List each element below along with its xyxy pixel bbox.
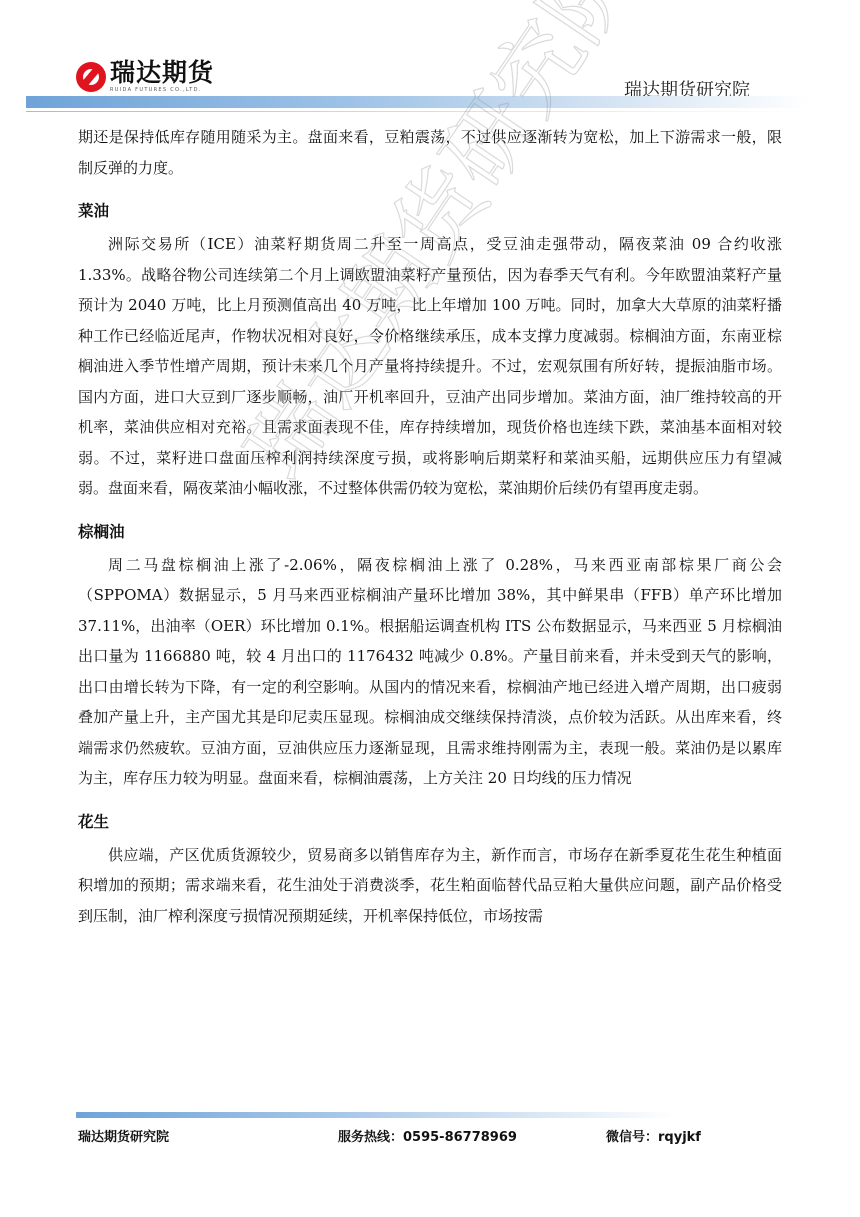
paragraph: 周二马盘棕榈油上涨了-2.06%，隔夜棕榈油上涨了 0.28%，马来西亚南部棕果… (78, 550, 782, 794)
footer-institute: 瑞达期货研究院 (78, 1126, 169, 1145)
paragraph: 洲际交易所（ICE）油菜籽期货周二升至一周高点，受豆油走强带动，隔夜菜油 09 … (78, 229, 782, 504)
section-soymeal-continuation: 期还是保持低库存随用随采为主。盘面来看，豆粕震荡，不过供应逐渐转为宽松，加上下游… (78, 122, 782, 183)
section-heading: 菜油 (78, 197, 782, 225)
company-logo: 瑞达期货 RUIDA FUTURES CO.,LTD. (76, 60, 214, 94)
header-gradient-bar (26, 96, 810, 108)
section-peanut: 花生 供应端，产区优质货源较少，贸易商多以销售库存为主，新作而言，市场存在新季夏… (78, 808, 782, 932)
section-heading: 花生 (78, 808, 782, 836)
footer-gradient-bar (76, 1112, 676, 1118)
footer-hotline: 服务热线：0595-86778969 (338, 1126, 517, 1145)
paragraph: 期还是保持低库存随用随采为主。盘面来看，豆粕震荡，不过供应逐渐转为宽松，加上下游… (78, 122, 782, 183)
section-heading: 棕榈油 (78, 518, 782, 546)
document-body: 期还是保持低库存随用随采为主。盘面来看，豆粕震荡，不过供应逐渐转为宽松，加上下游… (78, 122, 782, 931)
paragraph: 供应端，产区优质货源较少，贸易商多以销售库存为主，新作而言，市场存在新季夏花生花… (78, 840, 782, 932)
section-palm-oil: 棕榈油 周二马盘棕榈油上涨了-2.06%，隔夜棕榈油上涨了 0.28%，马来西亚… (78, 518, 782, 794)
logo-en-text: RUIDA FUTURES CO.,LTD. (110, 86, 214, 94)
logo-cn-text: 瑞达期货 (110, 60, 214, 86)
page-footer: 瑞达期货研究院 服务热线：0595-86778969 微信号：rqyjkf (78, 1126, 778, 1146)
header-divider (26, 111, 810, 112)
logo-mark-icon (76, 62, 106, 92)
footer-wechat: 微信号：rqyjkf (606, 1126, 701, 1145)
section-rapeseed-oil: 菜油 洲际交易所（ICE）油菜籽期货周二升至一周高点，受豆油走强带动，隔夜菜油 … (78, 197, 782, 504)
page-header: 瑞达期货 RUIDA FUTURES CO.,LTD. 瑞达期货研究院 (0, 0, 860, 120)
